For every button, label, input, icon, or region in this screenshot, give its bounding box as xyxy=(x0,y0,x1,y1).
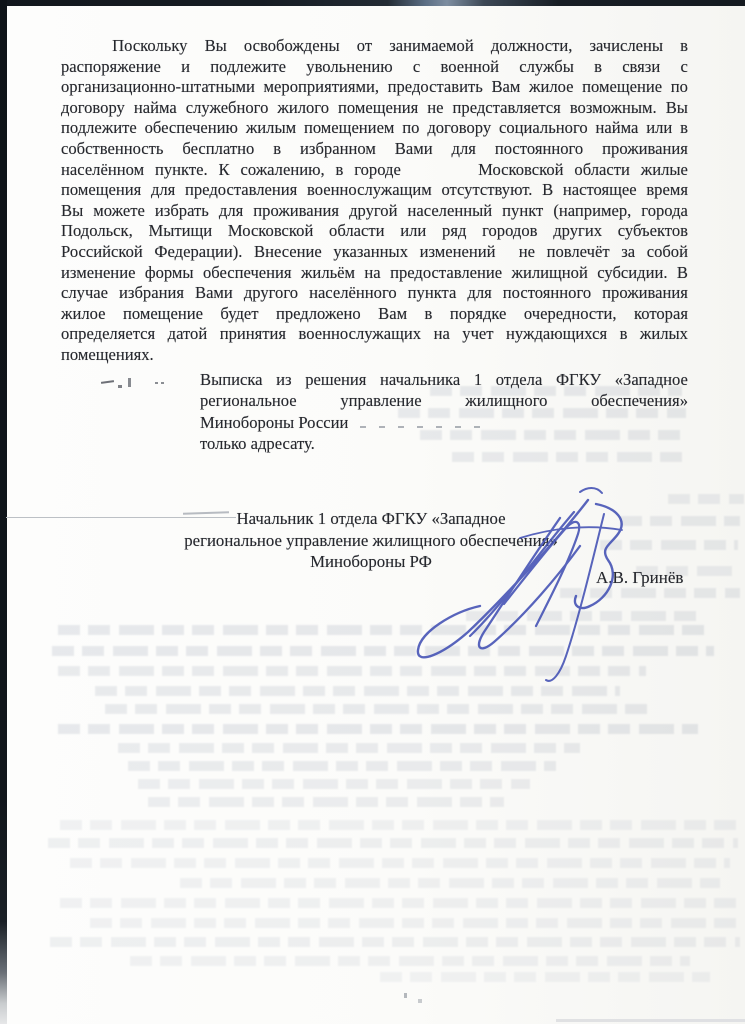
bleedthrough-line xyxy=(130,956,690,966)
paragraph-line: распоряжениеиподлежитеувольнениюсвоенной… xyxy=(61,57,688,78)
paragraph-line: помещениях. xyxy=(61,345,688,366)
stray-mark xyxy=(128,378,131,387)
bleedthrough-line xyxy=(148,797,504,807)
paragraph-line: организационно-штатнымимероприятиями,пре… xyxy=(61,77,688,98)
bleedthrough-line xyxy=(58,724,698,734)
paragraph-line: подлежитеобеспечениюжилымпомещениемподог… xyxy=(61,118,688,139)
paragraph-line: случаеизбранияВамидругогонаселённогопунк… xyxy=(61,283,688,304)
main-paragraph: ПосколькуВыосвобожденыотзанимаемойдолжно… xyxy=(61,36,688,366)
paragraph-line-with-redacted-city: населённомпункте.Ксожалению,вгороде Моск… xyxy=(61,160,688,181)
crease-line xyxy=(6,517,236,518)
scan-top-edge xyxy=(0,0,745,6)
bleedthrough-line xyxy=(180,878,720,888)
bleedthrough-line xyxy=(70,858,730,868)
bleedthrough-line xyxy=(50,937,740,947)
bleedthrough-line xyxy=(380,972,710,982)
handwritten-signature xyxy=(408,484,656,696)
paragraph-line: помещениядляпредоставлениявоеннослужащим… xyxy=(61,180,688,201)
extract-line: Минобороны России xyxy=(200,413,688,434)
bleedthrough-line xyxy=(90,918,740,928)
paragraph-line: Выможетеизбратьдляпроживаниядругойнаселе… xyxy=(61,201,688,222)
paragraph-line: собственностьбесплатновизбранномВамидляп… xyxy=(61,139,688,160)
paragraph-line: изменениеформыобеспеченияжильёмнапредост… xyxy=(61,263,688,284)
stray-mark xyxy=(118,385,122,388)
stray-mark xyxy=(418,999,422,1003)
bleedthrough-line xyxy=(105,704,650,714)
extract-line: региональноеуправлениежилищногообеспечен… xyxy=(200,391,688,412)
extract-line: только адресату. xyxy=(200,434,688,455)
scan-bottom-edge xyxy=(556,1019,745,1022)
bleedthrough-line xyxy=(138,779,530,789)
erased-text-marks xyxy=(360,419,492,428)
extract-note-block: Выпискаизрешенияначальника1отделаФГКУ«За… xyxy=(200,370,688,456)
stray-mark xyxy=(404,993,407,998)
stray-mark xyxy=(155,382,167,384)
scanned-letter-page: ПосколькуВыосвобожденыотзанимаемойдолжно… xyxy=(0,0,745,1024)
paragraph-line: ПосколькуВыосвобожденыотзанимаемойдолжно… xyxy=(61,36,688,57)
bleedthrough-line xyxy=(668,494,744,504)
bleedthrough-line xyxy=(60,898,740,908)
scan-left-edge xyxy=(0,0,7,1024)
stray-mark xyxy=(101,380,114,384)
paragraph-line: договорунаймаслужебногожилогопомещенияне… xyxy=(61,98,688,119)
bleedthrough-line xyxy=(48,838,738,848)
bleedthrough-line xyxy=(128,761,556,771)
bleedthrough-line xyxy=(118,743,580,753)
paragraph-line: определяетсядатойпринятиявоеннослужащихн… xyxy=(61,324,688,345)
bleedthrough-line xyxy=(60,820,740,830)
paragraph-line: РоссийскойФедерации).Внесениеуказанныхиз… xyxy=(61,242,688,263)
paragraph-line: Подольск,МытищиМосковскойобластиилирядго… xyxy=(61,221,688,242)
extract-line: Выпискаизрешенияначальника1отделаФГКУ«За… xyxy=(200,370,688,391)
extract-line-text: Минобороны России xyxy=(200,413,348,432)
paragraph-line: жилоепомещениебудетпредложеноВамвпорядке… xyxy=(61,304,688,325)
